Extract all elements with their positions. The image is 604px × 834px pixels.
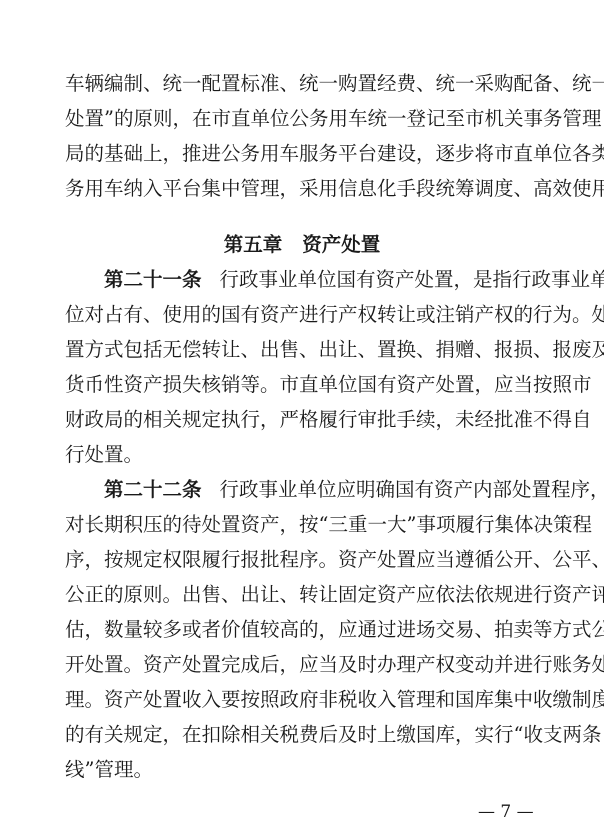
article-21-first-line: 第二十一条行政事业单位国有资产处置，是指行政事业单 [104,268,529,292]
paragraph-line: 行处置。 [65,443,529,467]
paragraph-line: 对长期积压的待处置资产，按“三重一大”事项履行集体决策程 [65,513,529,537]
chapter-title: 资产处置 [302,233,380,256]
article-21-label: 第二十一条 [104,268,202,291]
paragraph-line: 置方式包括无偿转让、出售、出让、置换、捐赠、报损、报废及 [65,338,529,362]
paragraph-line: 务用车纳入平台集中管理，采用信息化手段统筹调度、高效使用。 [65,177,529,201]
paragraph-line: 车辆编制、统一配置标准、统一购置经费、统一采购配备、统一 [65,72,529,96]
article-21-text: 行政事业单位国有资产处置，是指行政事业单 [220,268,604,291]
article-22-text: 行政事业单位应明确国有资产内部处置程序， [220,478,604,501]
paragraph-line: 线”管理。 [65,758,529,782]
page-number: — 7 — [478,802,534,822]
article-22-first-line: 第二十二条行政事业单位应明确国有资产内部处置程序， [104,478,529,502]
chapter-heading: 第五章资产处置 [0,233,604,257]
paragraph-line: 公正的原则。出售、出让、转让固定资产应依法依规进行资产评 [65,583,529,607]
paragraph-line: 理。资产处置收入要按照政府非税收入管理和国库集中收缴制度 [65,688,529,712]
paragraph-line: 估，数量较多或者价值较高的，应通过进场交易、拍卖等方式公 [65,618,529,642]
article-22-label: 第二十二条 [104,478,202,501]
paragraph-line: 局的基础上，推进公务用车服务平台建设，逐步将市直单位各类公 [65,142,529,166]
paragraph-line: 序，按规定权限履行报批程序。资产处置应当遵循公开、公平、 [65,548,529,572]
chapter-number: 第五章 [224,233,283,256]
paragraph-line: 开处置。资产处置完成后，应当及时办理产权变动并进行账务处 [65,653,529,677]
paragraph-line: 位对占有、使用的国有资产进行产权转让或注销产权的行为。处 [65,303,529,327]
paragraph-line: 处置”的原则，在市直单位公务用车统一登记至市机关事务管理 [65,107,529,131]
document-page: 车辆编制、统一配置标准、统一购置经费、统一采购配备、统一 处置”的原则，在市直单… [0,0,604,834]
paragraph-line: 财政局的相关规定执行，严格履行审批手续，未经批准不得自 [65,408,529,432]
paragraph-line: 货币性资产损失核销等。市直单位国有资产处置，应当按照市 [65,373,529,397]
paragraph-line: 的有关规定，在扣除相关税费后及时上缴国库，实行“收支两条 [65,723,529,747]
